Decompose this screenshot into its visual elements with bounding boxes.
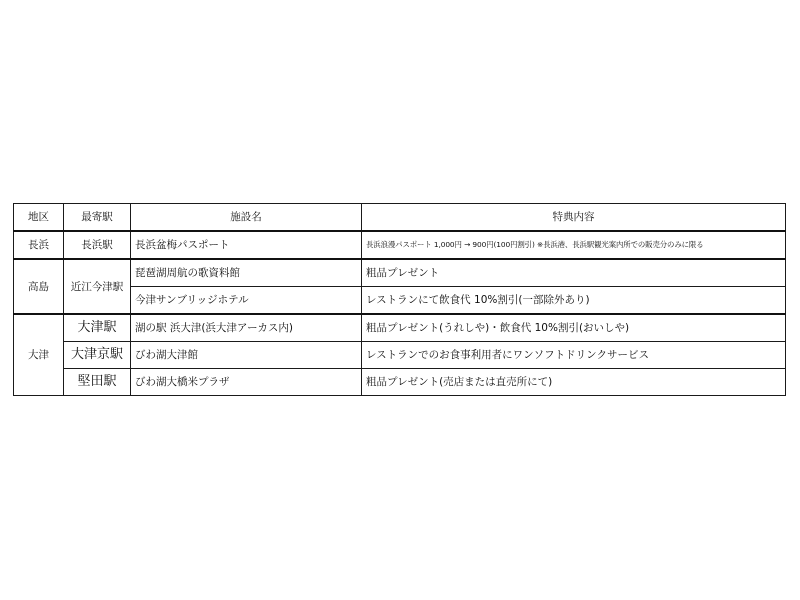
header-row: 地区 最寄駅 施設名 特典内容 [14, 204, 786, 232]
benefit-cell: 粗品プレゼント(売店または直売所にて) [362, 369, 786, 396]
header-area: 地区 [14, 204, 64, 232]
table-row: 堅田駅 びわ湖大橋米プラザ 粗品プレゼント(売店または直売所にて) [14, 369, 786, 396]
table-row: 大津 大津駅 湖の駅 浜大津(浜大津アーカス内) 粗品プレゼント(うれしや)・飲… [14, 314, 786, 342]
facility-cell: 長浜盆梅パスポート [131, 231, 362, 259]
facility-cell: びわ湖大津館 [131, 342, 362, 369]
table-row: 高島 近江今津駅 琵琶湖周航の歌資料館 粗品プレゼント [14, 259, 786, 287]
benefits-table: 地区 最寄駅 施設名 特典内容 長浜 長浜駅 長浜盆梅パスポート 長浜浪漫パスポ… [13, 203, 786, 396]
area-cell: 長浜 [14, 231, 64, 259]
station-cell: 堅田駅 [64, 369, 131, 396]
station-cell: 大津京駅 [64, 342, 131, 369]
facility-cell: びわ湖大橋米プラザ [131, 369, 362, 396]
facility-cell: 湖の駅 浜大津(浜大津アーカス内) [131, 314, 362, 342]
table-row: 長浜 長浜駅 長浜盆梅パスポート 長浜浪漫パスポート 1,000円 → 900円… [14, 231, 786, 259]
facility-cell: 琵琶湖周航の歌資料館 [131, 259, 362, 287]
benefit-cell: 粗品プレゼント [362, 259, 786, 287]
station-cell: 大津駅 [64, 314, 131, 342]
benefit-cell: レストランでのお食事利用者にワンソフトドリンクサービス [362, 342, 786, 369]
table-row: 大津京駅 びわ湖大津館 レストランでのお食事利用者にワンソフトドリンクサービス [14, 342, 786, 369]
facility-cell: 今津サンブリッジホテル [131, 287, 362, 315]
area-cell: 高島 [14, 259, 64, 314]
area-cell: 大津 [14, 314, 64, 396]
header-facility: 施設名 [131, 204, 362, 232]
station-cell: 近江今津駅 [64, 259, 131, 314]
header-station: 最寄駅 [64, 204, 131, 232]
header-benefit: 特典内容 [362, 204, 786, 232]
benefit-cell: 長浜浪漫パスポート 1,000円 → 900円(100円割引) ※長浜港、長浜駅… [362, 231, 786, 259]
benefit-cell: 粗品プレゼント(うれしや)・飲食代 10%割引(おいしや) [362, 314, 786, 342]
station-cell: 長浜駅 [64, 231, 131, 259]
benefit-cell: レストランにて飲食代 10%割引(一部除外あり) [362, 287, 786, 315]
